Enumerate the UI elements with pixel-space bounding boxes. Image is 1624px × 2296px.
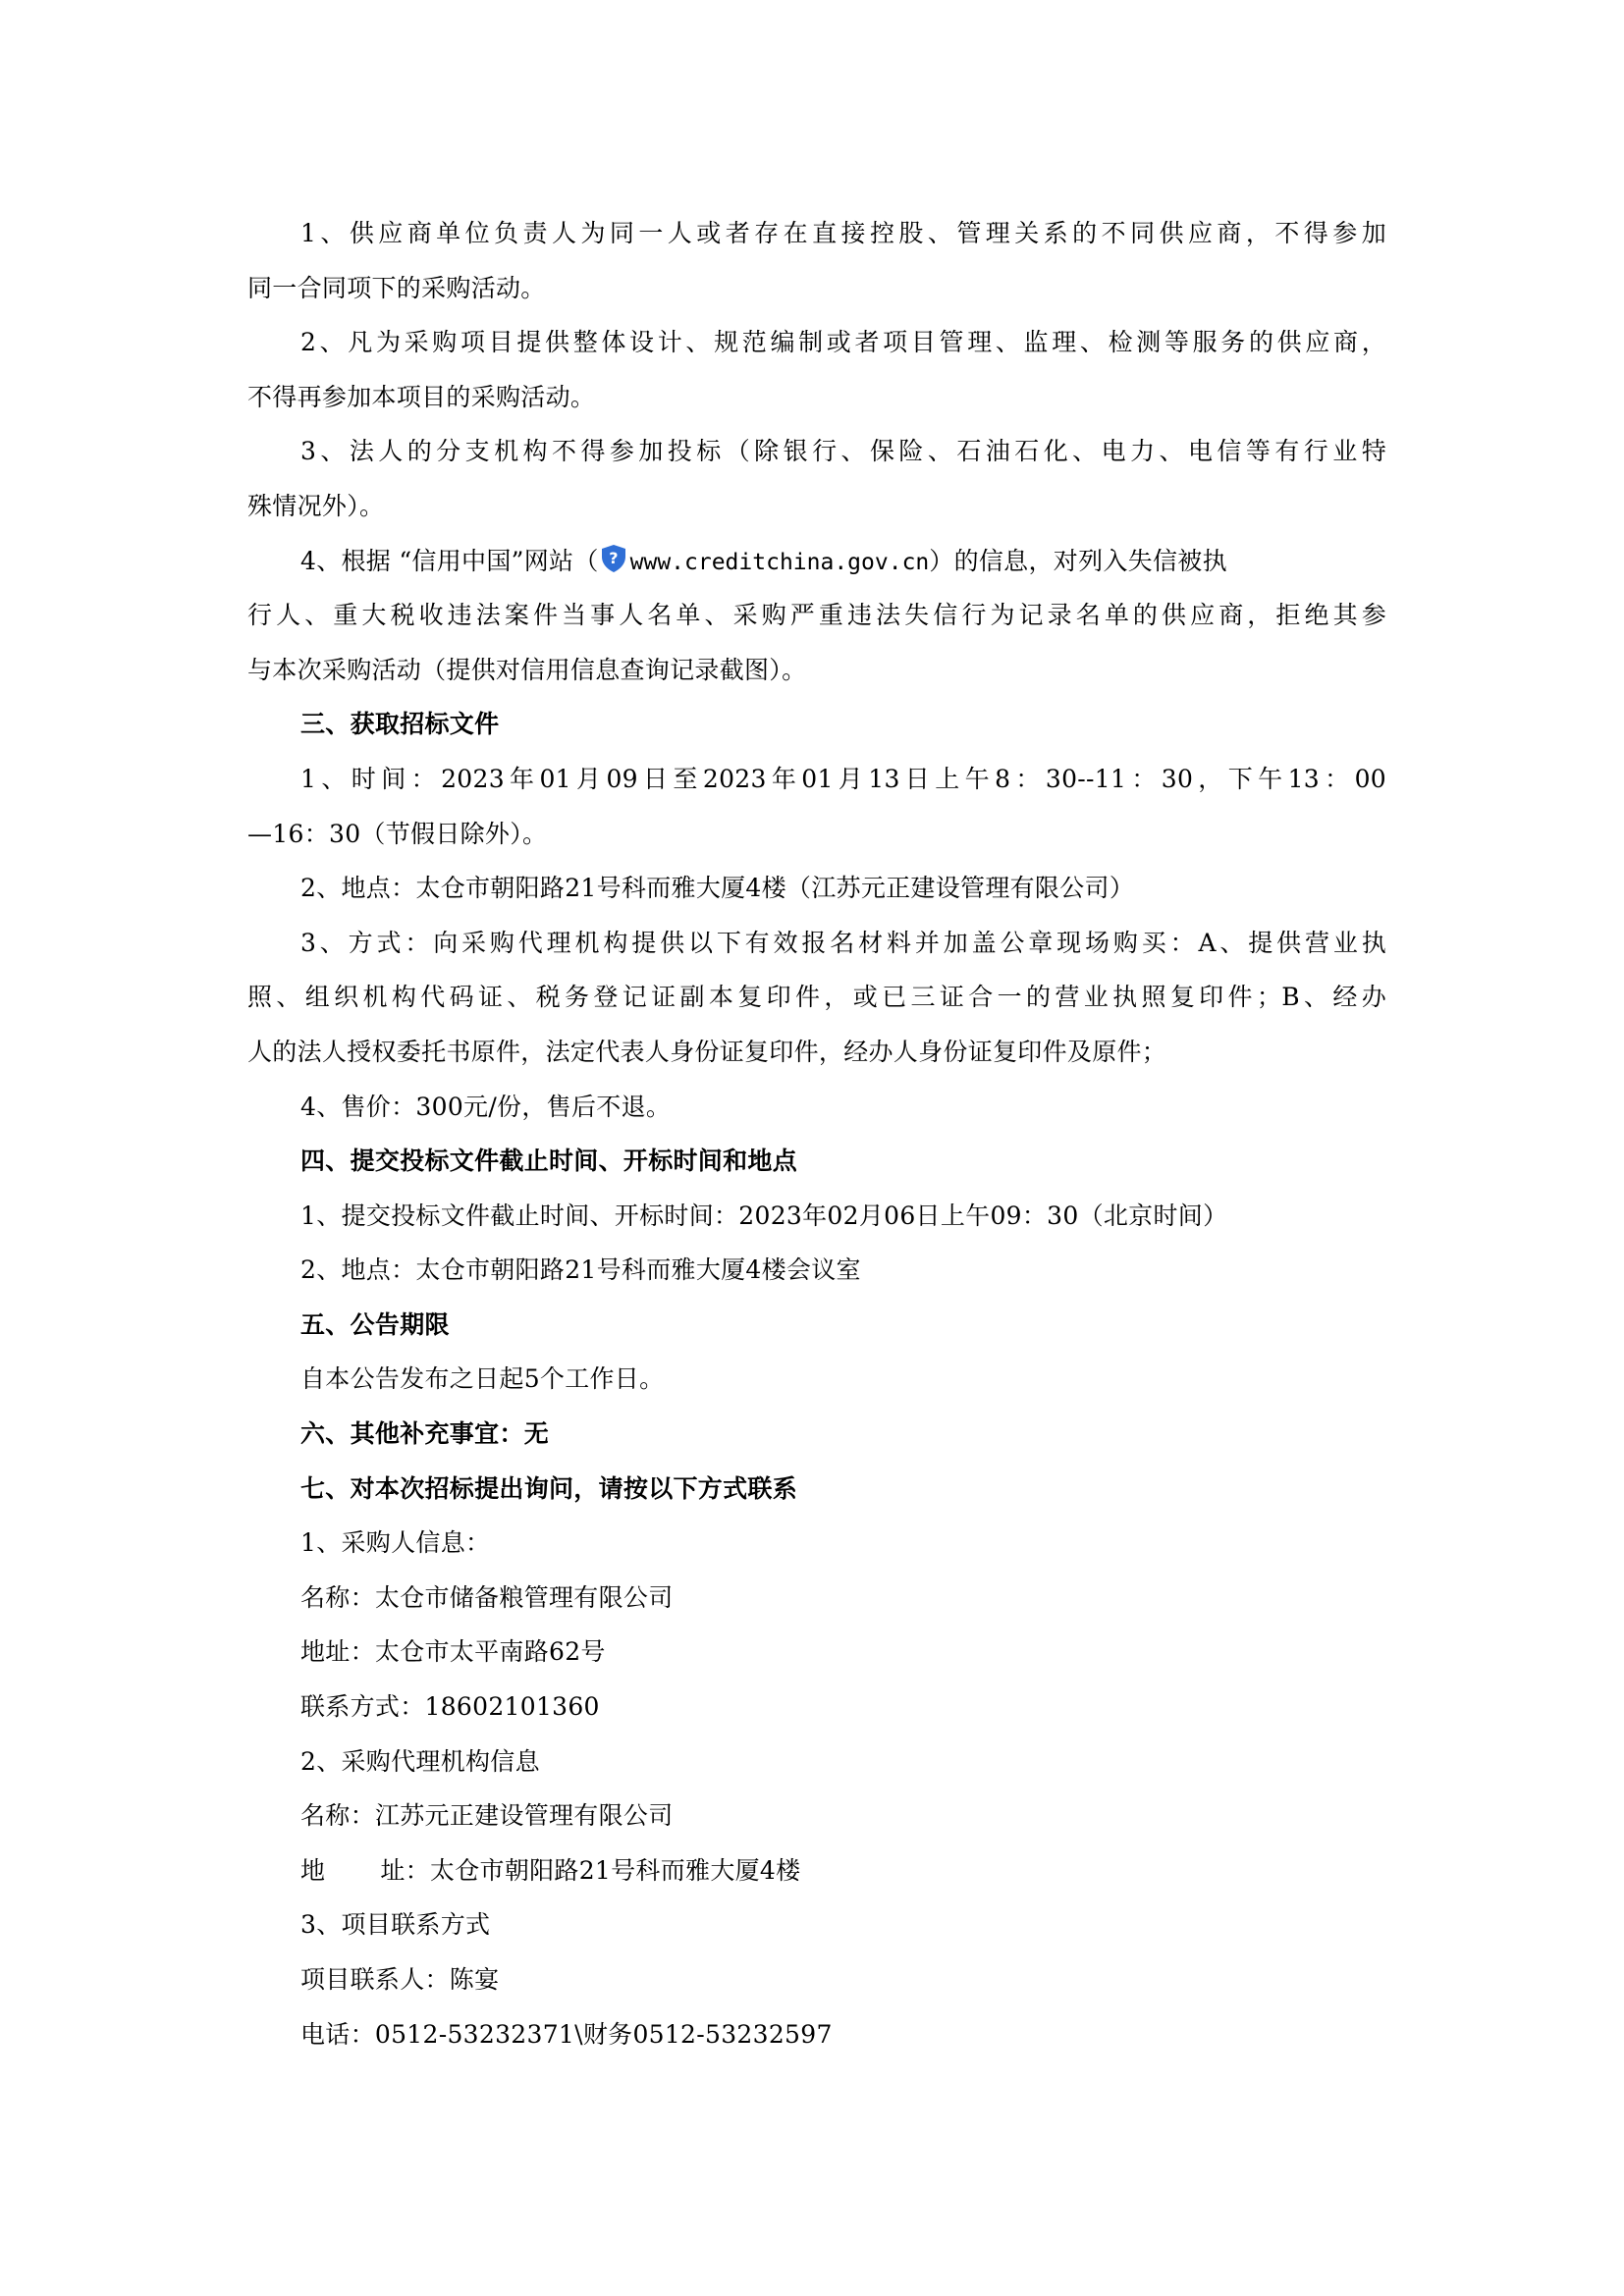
agency-title: 2、采购代理机构信息 bbox=[247, 1735, 1386, 1789]
purchaser-title: 1、采购人信息： bbox=[247, 1516, 1386, 1571]
purchase-location: 2、地点：太仓市朝阳路21号科而雅大厦4楼（江苏元正建设管理有限公司） bbox=[247, 861, 1386, 916]
agency-address-value: 址：太仓市朝阳路21号科而雅大厦4楼 bbox=[380, 1856, 800, 1885]
purchaser-address: 地址：太仓市太平南路62号 bbox=[247, 1625, 1386, 1680]
item3-line1: 3、法人的分支机构不得参加投标（除银行、保险、石油石化、电力、电信等有行业特 bbox=[247, 424, 1386, 479]
item4-suffix: ）的信息，对列入失信被执 bbox=[929, 547, 1227, 575]
agency-name: 名称：江苏元正建设管理有限公司 bbox=[247, 1789, 1386, 1843]
method-line1: 3、方式：向采购代理机构提供以下有效报名材料并加盖公章现场购买：A、提供营业执 bbox=[247, 916, 1386, 971]
section-three-heading: 三、获取招标文件 bbox=[247, 697, 1386, 752]
item1-line1: 1、供应商单位负责人为同一人或者存在直接控股、管理关系的不同供应商，不得参加 bbox=[247, 206, 1386, 261]
agency-address: 地址：太仓市朝阳路21号科而雅大厦4楼 bbox=[247, 1843, 1386, 1898]
notice-period: 自本公告发布之日起5个工作日。 bbox=[247, 1352, 1386, 1407]
price: 4、售价：300元/份，售后不退。 bbox=[247, 1080, 1386, 1135]
project-title: 3、项目联系方式 bbox=[247, 1897, 1386, 1952]
method-line2: 照、组织机构代码证、税务登记证副本复印件，或已三证合一的营业执照复印件；B、经办 bbox=[247, 970, 1386, 1025]
project-phone: 电话：0512-53232371\财务0512-53232597 bbox=[247, 2007, 1386, 2062]
purchaser-contact: 联系方式：18602101360 bbox=[247, 1680, 1386, 1735]
section-five-heading: 五、公告期限 bbox=[247, 1298, 1386, 1353]
project-contact: 项目联系人：陈宴 bbox=[247, 1952, 1386, 2007]
svg-text:?: ? bbox=[609, 549, 619, 567]
item2-line1: 2、凡为采购项目提供整体设计、规范编制或者项目管理、监理、检测等服务的供应商， bbox=[247, 315, 1386, 370]
time-line1: 1、时间：2023年01月09日至2023年01月13日上午8：30--11：3… bbox=[247, 752, 1386, 807]
item2-line2: 不得再参加本项目的采购活动。 bbox=[247, 370, 1386, 425]
section-four-heading: 四、提交投标文件截止时间、开标时间和地点 bbox=[247, 1134, 1386, 1189]
item3-line2: 殊情况外）。 bbox=[247, 479, 1386, 534]
item4-prefix: 4、根据 “信用中国”网站（ bbox=[300, 547, 599, 575]
purchaser-name: 名称：太仓市储备粮管理有限公司 bbox=[247, 1571, 1386, 1626]
item1-line2: 同一合同项下的采购活动。 bbox=[247, 261, 1386, 316]
item4-line3: 与本次采购活动（提供对信用信息查询记录截图）。 bbox=[247, 643, 1386, 698]
section-six-heading: 六、其他补充事宜：无 bbox=[247, 1407, 1386, 1462]
agency-address-label: 地 bbox=[300, 1856, 325, 1885]
opening-location: 2、地点：太仓市朝阳路21号科而雅大厦4楼会议室 bbox=[247, 1243, 1386, 1298]
section-seven-heading: 七、对本次招标提出询问，请按以下方式联系 bbox=[247, 1462, 1386, 1517]
item4-line1: 4、根据 “信用中国”网站（?www.creditchina.gov.cn）的信… bbox=[247, 534, 1386, 589]
document-page: 1、供应商单位负责人为同一人或者存在直接控股、管理关系的不同供应商，不得参加 同… bbox=[247, 206, 1386, 2061]
time-line2: —16：30（节假日除外）。 bbox=[247, 807, 1386, 862]
method-line3: 人的法人授权委托书原件，法定代表人身份证复印件，经办人身份证复印件及原件； bbox=[247, 1025, 1386, 1080]
item4-line2: 行人、重大税收违法案件当事人名单、采购严重违法失信行为记录名单的供应商，拒绝其参 bbox=[247, 588, 1386, 643]
creditchina-link[interactable]: www.creditchina.gov.cn bbox=[630, 550, 930, 575]
shield-question-icon: ? bbox=[601, 538, 626, 567]
deadline: 1、提交投标文件截止时间、开标时间：2023年02月06日上午09：30（北京时… bbox=[247, 1189, 1386, 1244]
